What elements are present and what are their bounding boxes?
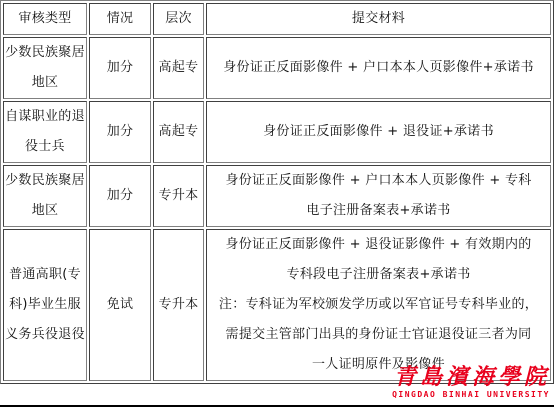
materials-line: 专科段电子注册备案表+承诺书	[208, 260, 549, 290]
cell-level: 高起专	[153, 37, 204, 99]
cell-review-type: 普通高职(专科)毕业生服义务兵役退役	[3, 229, 87, 381]
submission-materials-table: 审核类型 情况 层次 提交材料 少数民族聚居地区 加分 高起专 身份证正反面影像…	[0, 0, 554, 384]
cell-level: 专升本	[153, 229, 204, 381]
university-watermark: 青島濱海學院 QINGDAO BINHAI UNIVERSITY	[392, 365, 550, 401]
watermark-english-name: QINGDAO BINHAI UNIVERSITY	[392, 389, 550, 401]
cell-level: 专升本	[153, 165, 204, 227]
header-level: 层次	[153, 3, 204, 35]
materials-line: 身份证正反面影像件 + 户口本本人页影像件+承诺书	[208, 53, 549, 83]
materials-line: 身份证正反面影像件 + 户口本本人页影像件 + 专科	[208, 166, 549, 196]
materials-note: 需提交主管部门出具的身份证士官证退役证三者为同	[208, 320, 549, 350]
materials-note: 注：专科证为军校颁发学历或以军官证号专科毕业的，	[208, 290, 549, 320]
header-materials: 提交材料	[206, 3, 551, 35]
header-situation: 情况	[89, 3, 151, 35]
cell-materials: 身份证正反面影像件 + 退役证+承诺书	[206, 101, 551, 163]
materials-line: 电子注册备案表+承诺书	[208, 196, 549, 226]
table-row: 少数民族聚居地区 加分 专升本 身份证正反面影像件 + 户口本本人页影像件 + …	[3, 165, 551, 227]
bottom-divider	[0, 405, 554, 407]
cell-situation: 加分	[89, 165, 151, 227]
cell-situation: 加分	[89, 101, 151, 163]
cell-situation: 加分	[89, 37, 151, 99]
cell-materials: 身份证正反面影像件 + 户口本本人页影像件+承诺书	[206, 37, 551, 99]
cell-review-type: 少数民族聚居地区	[3, 165, 87, 227]
header-review-type: 审核类型	[3, 3, 87, 35]
materials-line: 身份证正反面影像件 + 退役证影像件 + 有效期内的	[208, 230, 549, 260]
cell-materials: 身份证正反面影像件 + 户口本本人页影像件 + 专科 电子注册备案表+承诺书	[206, 165, 551, 227]
cell-materials: 身份证正反面影像件 + 退役证影像件 + 有效期内的 专科段电子注册备案表+承诺…	[206, 229, 551, 381]
table-row: 少数民族聚居地区 加分 高起专 身份证正反面影像件 + 户口本本人页影像件+承诺…	[3, 37, 551, 99]
cell-review-type: 自谋职业的退役士兵	[3, 101, 87, 163]
watermark-chinese-name: 青島濱海學院	[392, 365, 550, 389]
cell-review-type: 少数民族聚居地区	[3, 37, 87, 99]
table-row: 普通高职(专科)毕业生服义务兵役退役 免试 专升本 身份证正反面影像件 + 退役…	[3, 229, 551, 381]
materials-line: 身份证正反面影像件 + 退役证+承诺书	[208, 117, 549, 147]
cell-situation: 免试	[89, 229, 151, 381]
table-row: 自谋职业的退役士兵 加分 高起专 身份证正反面影像件 + 退役证+承诺书	[3, 101, 551, 163]
table-header-row: 审核类型 情况 层次 提交材料	[3, 3, 551, 35]
cell-level: 高起专	[153, 101, 204, 163]
